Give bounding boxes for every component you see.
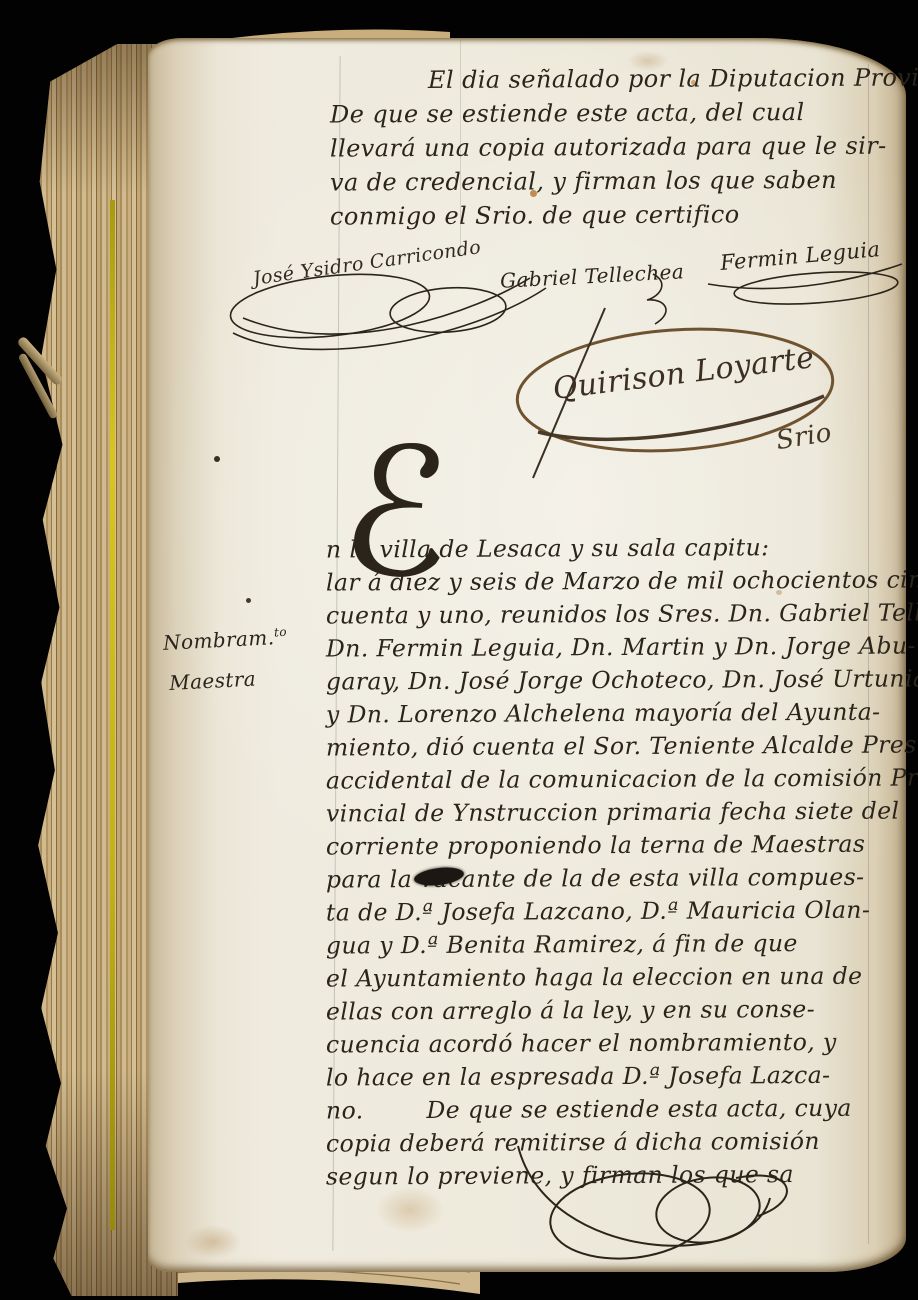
- rubric-leguia-loop: [733, 267, 899, 308]
- manuscript-line: De que se estiende este acta, del cual: [330, 94, 916, 131]
- margin-note-line2: Maestra: [168, 661, 290, 697]
- manuscript-line: va de credencial, y firman los que saben: [330, 162, 916, 199]
- rubric-left-loop2: [389, 284, 508, 336]
- rubric-left-sweep: [233, 288, 546, 349]
- manuscript-page: El dia señalado por la Diputacion Provin…: [148, 38, 906, 1272]
- margin-note-word: Nombram.: [163, 625, 275, 655]
- manuscript-line: segun lo previene, y firman los que sa: [326, 1157, 918, 1193]
- yellow-ribbon-marker: [110, 200, 115, 1230]
- manuscript-line: garay, Dn. José Jorge Ochoteco, Dn. José…: [326, 662, 918, 698]
- manuscript-line: accidental de la comunicacion de la comi…: [326, 761, 918, 797]
- signature-left: José Ysidro Carricondo: [252, 236, 483, 290]
- manuscript-line: Dn. Fermin Leguia, Dn. Martin y Dn. Jorg…: [326, 629, 918, 665]
- margin-note-superscript: to: [274, 625, 288, 640]
- manuscript-line: gua y D.ª Benita Ramirez, á fin de que: [326, 926, 918, 962]
- manuscript-line: El dia señalado por la Diputacion Provin…: [330, 60, 916, 97]
- manuscript-line: cuenta y uno, reunidos los Sres. Dn. Gab…: [326, 596, 918, 632]
- manuscript-line: ellas con arreglo á la ley, y en su cons…: [326, 992, 918, 1028]
- manuscript-line: no. De que se estiende esta acta, cuya: [326, 1091, 918, 1127]
- photo-black-background: El dia señalado por la Diputacion Provin…: [0, 0, 918, 1300]
- manuscript-line: copia deberá remitirse á dicha comisión: [326, 1124, 918, 1160]
- manuscript-line: y Dn. Lorenzo Alchelena mayoría del Ayun…: [326, 695, 918, 731]
- manuscript-line: n la villa de Lesaca y su sala capitu:: [326, 530, 918, 566]
- manuscript-line: el Ayuntamiento haga la eleccion en una …: [326, 959, 918, 995]
- secretary-title-abbrev: Srio: [774, 418, 834, 456]
- signature-right: Fermin Leguia: [719, 237, 881, 275]
- manuscript-line: lo hace en la espresada D.ª Josefa Lazca…: [326, 1058, 918, 1094]
- manuscript-line: conmigo el Srio. de que certifico: [330, 196, 916, 233]
- rubric-left-sweep2: [243, 278, 530, 334]
- ink-speck: [214, 456, 220, 462]
- closing-paragraph: El dia señalado por la Diputacion Provin…: [330, 62, 916, 232]
- manuscript-line: vincial de Ynstruccion primaria fecha si…: [326, 794, 918, 830]
- manuscript-line: lar á diez y seis de Marzo de mil ochoci…: [326, 563, 918, 599]
- manuscript-line: miento, dió cuenta el Sor. Teniente Alca…: [326, 728, 918, 764]
- signature-center: Gabriel Tellechea: [499, 259, 684, 293]
- manuscript-line: cuencia acordó hacer el nombramiento, y: [326, 1025, 918, 1061]
- margin-note-line1: Nombram.to: [162, 617, 288, 658]
- act-body-text: n la villa de Lesaca y su sala capitu:la…: [326, 532, 918, 1192]
- stain: [174, 1218, 252, 1266]
- secretary-signature: Quirison Loyarte: [551, 340, 816, 407]
- ink-speck: [246, 598, 251, 603]
- manuscript-line: corriente proponiendo la terna de Maestr…: [326, 827, 918, 863]
- margin-note: Nombram.to Maestra: [162, 617, 290, 698]
- manuscript-line: ta de D.ª Josefa Lazcano, D.ª Mauricia O…: [326, 893, 918, 929]
- manuscript-line: llevará una copia autorizada para que le…: [330, 128, 916, 165]
